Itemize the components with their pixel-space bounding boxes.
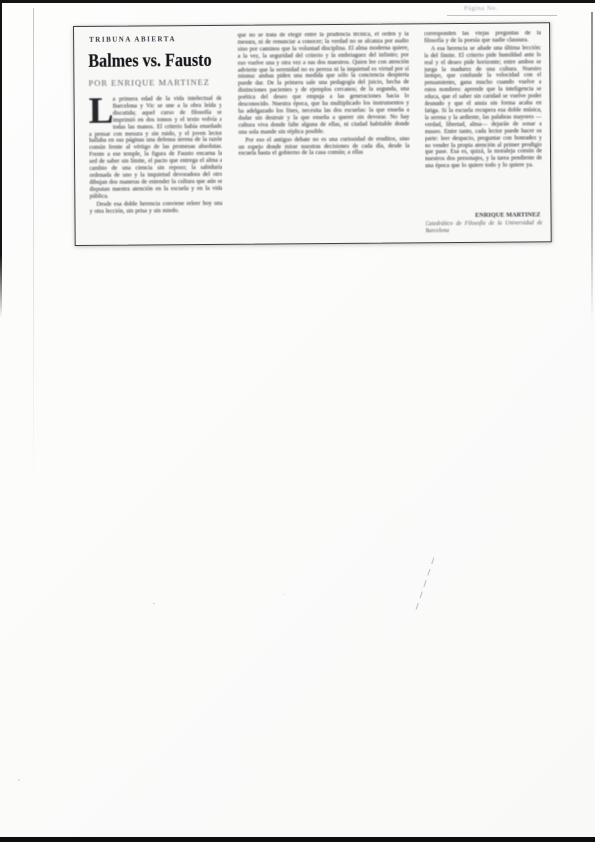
clipping-column-right: corresponden las viejas preguntas de la …: [424, 30, 543, 234]
page-header-note: Página No.: [464, 5, 498, 12]
paper-fold-line: [33, 8, 34, 490]
body-paragraph: corresponden las viejas preguntas de la …: [424, 30, 542, 45]
article-body-left: La primera edad de la vida intelectual d…: [89, 96, 223, 215]
scan-edge-left: [0, 0, 2, 318]
article-headline: Balmes vs. Fausto: [88, 50, 202, 73]
newspaper-clipping: TRIBUNA ABIERTA Balmes vs. Fausto POR EN…: [73, 22, 552, 246]
body-paragraph: Por eso el antiguo debate no es una curi…: [238, 136, 409, 158]
body-paragraph: Desde esa doble herencia conviene releer…: [89, 200, 222, 215]
clipping-column-middle: que no se trata de elegir entre la prude…: [237, 31, 410, 235]
page-header-rule: [447, 15, 557, 16]
scan-edge-top: [0, 0, 595, 3]
body-paragraph: que no se trata de elegir entre la prude…: [237, 31, 409, 136]
credit-line: Catedrático de Filosofía de la Universid…: [425, 221, 543, 235]
clipping-column-left: TRIBUNA ABIERTA Balmes vs. Fausto POR EN…: [88, 33, 223, 237]
body-paragraph: La primera edad de la vida intelectual d…: [89, 96, 223, 201]
scanned-page: Página No. TRIBUNA ABIERTA Balmes vs. Fa…: [0, 0, 595, 842]
section-kicker: TRIBUNA ABIERTA: [89, 35, 221, 44]
scan-speck: [153, 603, 155, 604]
body-paragraph: A esa herencia se añade una última lecci…: [424, 45, 542, 170]
drop-cap: L: [89, 99, 110, 125]
scan-edge-bottom: [0, 837, 595, 842]
article-byline: POR ENRIQUE MARTINEZ: [88, 77, 221, 88]
paper-crease-mark: [415, 557, 435, 612]
scan-speck: [18, 779, 20, 781]
scan-edge-right: [591, 12, 593, 322]
scan-speck: [284, 594, 285, 595]
article-signature: ENRIQUE MARTINEZ: [425, 212, 542, 220]
